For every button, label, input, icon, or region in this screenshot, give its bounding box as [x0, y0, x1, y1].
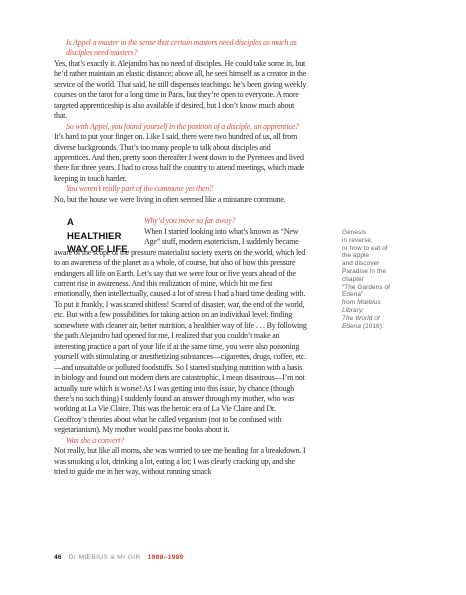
- margin-note-line: Edena (2016).: [342, 323, 404, 331]
- interview-question: So with Appel, you found yourself in the…: [54, 122, 308, 132]
- footer-years: 1988–1989: [148, 554, 184, 561]
- interview-column: Is Appel a master in the sense that cert…: [54, 38, 308, 478]
- margin-note-line: “The Gardens of: [342, 284, 404, 292]
- section-heading: A HEALTHIER WAY OF LIFE: [67, 216, 130, 247]
- margin-note-line: the apple: [342, 252, 404, 260]
- interview-answer: It’s hard to put your finger on. Like I …: [54, 132, 308, 184]
- interview-question: Was she a convert?: [54, 436, 308, 446]
- interview-answer: Not really, but like all moms, she was w…: [54, 446, 308, 477]
- interview-answer: When I started looking into what’s known…: [54, 227, 308, 436]
- interview-question: You weren’t really part of the commune y…: [54, 184, 308, 194]
- interview-question: Is Appel a master in the sense that cert…: [54, 38, 308, 59]
- section-healthier-way-of-life: A HEALTHIER WAY OF LIFE Why’d you move s…: [54, 216, 308, 436]
- margin-note-line: Edena”: [342, 291, 404, 299]
- margin-note-line: or how to eat of: [342, 245, 404, 253]
- interview-answer: No, but the house we were living in ofte…: [54, 195, 308, 205]
- page-footer: 46Dr MŒBIUS & Mr GIR1988–1989: [54, 554, 184, 562]
- page-number: 46: [54, 554, 62, 561]
- margin-note-line: from Mœbius: [342, 299, 404, 307]
- book-page: Is Appel a master in the sense that cert…: [0, 0, 466, 595]
- margin-note-line: in reverse,: [342, 237, 404, 245]
- margin-note-line: The World of: [342, 315, 404, 323]
- margin-note-line: Paradise in the: [342, 268, 404, 276]
- margin-note-line: chapter: [342, 276, 404, 284]
- margin-note-line: and discover: [342, 260, 404, 268]
- margin-note-line: Genesis: [342, 229, 404, 237]
- margin-note: Genesis in reverse, or how to eat of the…: [342, 229, 404, 330]
- interview-answer: Yes, that’s exactly it. Alejandro has no…: [54, 59, 308, 122]
- book-title: Dr MŒBIUS & Mr GIR: [69, 554, 141, 561]
- margin-note-line: Library:: [342, 307, 404, 315]
- section-heading-line: A HEALTHIER: [67, 217, 122, 242]
